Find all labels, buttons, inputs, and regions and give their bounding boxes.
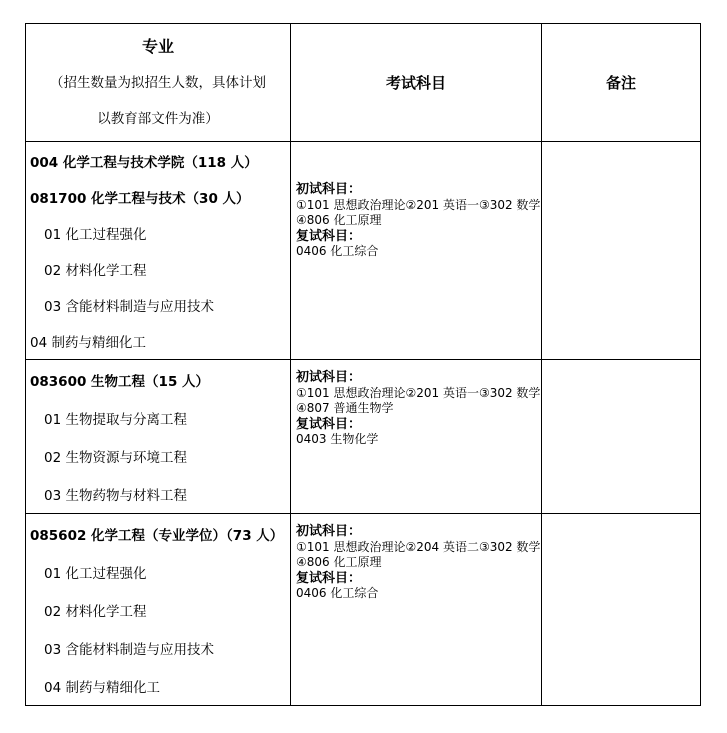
remark-cell xyxy=(542,142,701,360)
direction-line: 01 化工过程强化 xyxy=(30,553,290,591)
major-code-line: 081700 化学工程与技术（30 人） xyxy=(30,179,290,215)
initial-exam-label: 初试科目： xyxy=(296,182,538,198)
direction-line: 01 化工过程强化 xyxy=(30,215,290,251)
major-column-note-line2: 以教育部文件为准） xyxy=(26,101,290,137)
exam-cell-083600: 初试科目： ①101 思想政治理论②201 英语一③302 数学二 ④807 普… xyxy=(291,360,542,514)
remark-cell xyxy=(542,360,701,514)
retest-exam-label: 复试科目： xyxy=(296,229,538,245)
header-cell-remarks: 备注 xyxy=(542,24,701,142)
direction-line: 03 含能材料制造与应用技术 xyxy=(30,629,290,667)
initial-exam-line: ①101 思想政治理论②204 英语二③302 数学二 xyxy=(296,540,538,556)
initial-exam-label: 初试科目： xyxy=(296,524,538,540)
retest-exam-line: 0403 生物化学 xyxy=(296,432,538,448)
major-code-line: 083600 生物工程（15 人） xyxy=(30,361,290,399)
major-cell-085602: 085602 化学工程（专业学位）（73 人） 01 化工过程强化 02 材料化… xyxy=(26,514,291,706)
initial-exam-line: ④806 化工原理 xyxy=(296,555,538,571)
retest-exam-line: 0406 化工综合 xyxy=(296,586,538,602)
direction-line: 03 生物药物与材料工程 xyxy=(30,475,290,513)
direction-line: 04 制药与精细化工 xyxy=(30,667,290,705)
table-header-row: 专业 （招生数量为拟招生人数，具体计划 以教育部文件为准） 考试科目 备注 xyxy=(26,24,701,142)
college-code-line: 004 化学工程与技术学院（118 人） xyxy=(30,143,290,179)
remark-cell xyxy=(542,514,701,706)
table-row-085602: 085602 化学工程（专业学位）（73 人） 01 化工过程强化 02 材料化… xyxy=(26,514,701,706)
major-code-line: 085602 化学工程（专业学位）（73 人） xyxy=(30,515,290,553)
header-cell-exam-subjects: 考试科目 xyxy=(291,24,542,142)
exam-cell-085602: 初试科目： ①101 思想政治理论②204 英语二③302 数学二 ④806 化… xyxy=(291,514,542,706)
header-cell-major: 专业 （招生数量为拟招生人数，具体计划 以教育部文件为准） xyxy=(26,24,291,142)
initial-exam-line: ④806 化工原理 xyxy=(296,213,538,229)
direction-line: 02 生物资源与环境工程 xyxy=(30,437,290,475)
initial-exam-line: ④807 普通生物学 xyxy=(296,401,538,417)
retest-exam-label: 复试科目： xyxy=(296,417,538,433)
exam-cell-081700: 初试科目： ①101 思想政治理论②201 英语一③302 数学二 ④806 化… xyxy=(291,142,542,360)
table-row-083600: 083600 生物工程（15 人） 01 生物提取与分离工程 02 生物资源与环… xyxy=(26,360,701,514)
retest-exam-line: 0406 化工综合 xyxy=(296,244,538,260)
direction-line: 02 材料化学工程 xyxy=(30,591,290,629)
direction-line: 04 制药与精细化工 xyxy=(30,323,290,359)
initial-exam-line: ①101 思想政治理论②201 英语一③302 数学二 xyxy=(296,198,538,214)
direction-line: 02 材料化学工程 xyxy=(30,251,290,287)
major-column-note-line1: （招生数量为拟招生人数，具体计划 xyxy=(26,65,290,101)
major-column-title: 专业 xyxy=(26,29,290,65)
major-cell-083600: 083600 生物工程（15 人） 01 生物提取与分离工程 02 生物资源与环… xyxy=(26,360,291,514)
retest-exam-label: 复试科目： xyxy=(296,571,538,587)
admissions-catalog-table: 专业 （招生数量为拟招生人数，具体计划 以教育部文件为准） 考试科目 备注 00… xyxy=(25,23,701,706)
major-cell-081700: 004 化学工程与技术学院（118 人） 081700 化学工程与技术（30 人… xyxy=(26,142,291,360)
direction-line: 01 生物提取与分离工程 xyxy=(30,399,290,437)
document-page: 专业 （招生数量为拟招生人数，具体计划 以教育部文件为准） 考试科目 备注 00… xyxy=(0,0,727,733)
initial-exam-label: 初试科目： xyxy=(296,370,538,386)
table-row-081700: 004 化学工程与技术学院（118 人） 081700 化学工程与技术（30 人… xyxy=(26,142,701,360)
initial-exam-line: ①101 思想政治理论②201 英语一③302 数学二 xyxy=(296,386,538,402)
direction-line: 03 含能材料制造与应用技术 xyxy=(30,287,290,323)
